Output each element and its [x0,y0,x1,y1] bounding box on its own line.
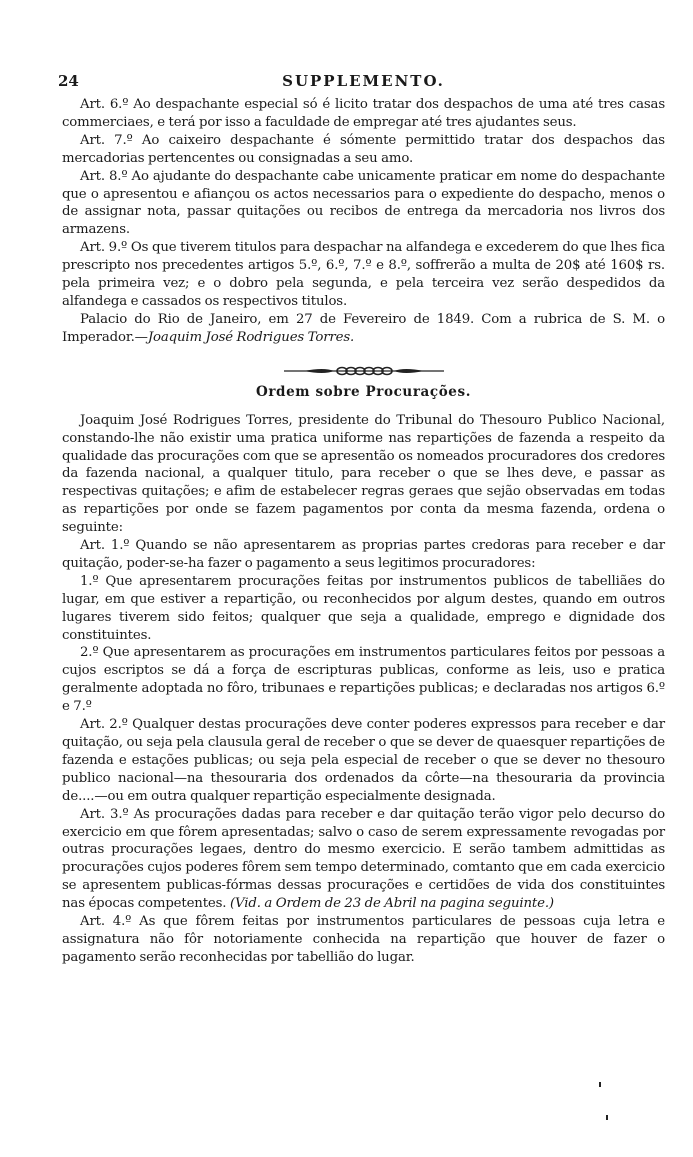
article-6: Art. 6.º Ao despachante especial só é li… [62,96,665,132]
running-head: SUPPLEMENTO. [62,72,665,90]
scan-speck [606,1115,608,1120]
clause-1: 1.º Que apresentarem procurações feitas … [62,573,665,645]
page-header: 24 SUPPLEMENTO. [62,72,665,96]
article-9: Art. 9.º Os que tiverem titulos para des… [62,239,665,311]
decree-section: Art. 6.º Ao despachante especial só é li… [62,96,665,347]
article-3: Art. 3.º As procurações dadas para receb… [62,806,665,913]
book-page: 24 SUPPLEMENTO. Art. 6.º Ao despachante … [62,72,665,967]
article-1: Art. 1.º Quando se não apresentarem as p… [62,537,665,573]
closing-paragraph: Palacio do Rio de Janeiro, em 27 de Feve… [62,311,665,347]
section-title: Ordem sobre Procurações. [62,384,665,400]
decorative-divider-icon [284,364,444,378]
scan-speck [599,1082,601,1087]
article-4: Art. 4.º As que fôrem feitas por instrum… [62,913,665,967]
signature: Joaquim José Rodrigues Torres. [148,330,354,345]
cross-reference-note: (Vid. a Ordem de 23 de Abril na pagina s… [230,896,554,911]
article-7: Art. 7.º Ao caixeiro despachante é sómen… [62,132,665,168]
order-section: Ordem sobre Procurações. Joaquim José Ro… [62,384,665,967]
preamble: Joaquim José Rodrigues Torres, president… [62,412,665,537]
clause-2: 2.º Que apresentarem as procurações em i… [62,644,665,716]
article-2: Art. 2.º Qualquer destas procurações dev… [62,716,665,806]
article-8: Art. 8.º Ao ajudante do despachante cabe… [62,168,665,240]
